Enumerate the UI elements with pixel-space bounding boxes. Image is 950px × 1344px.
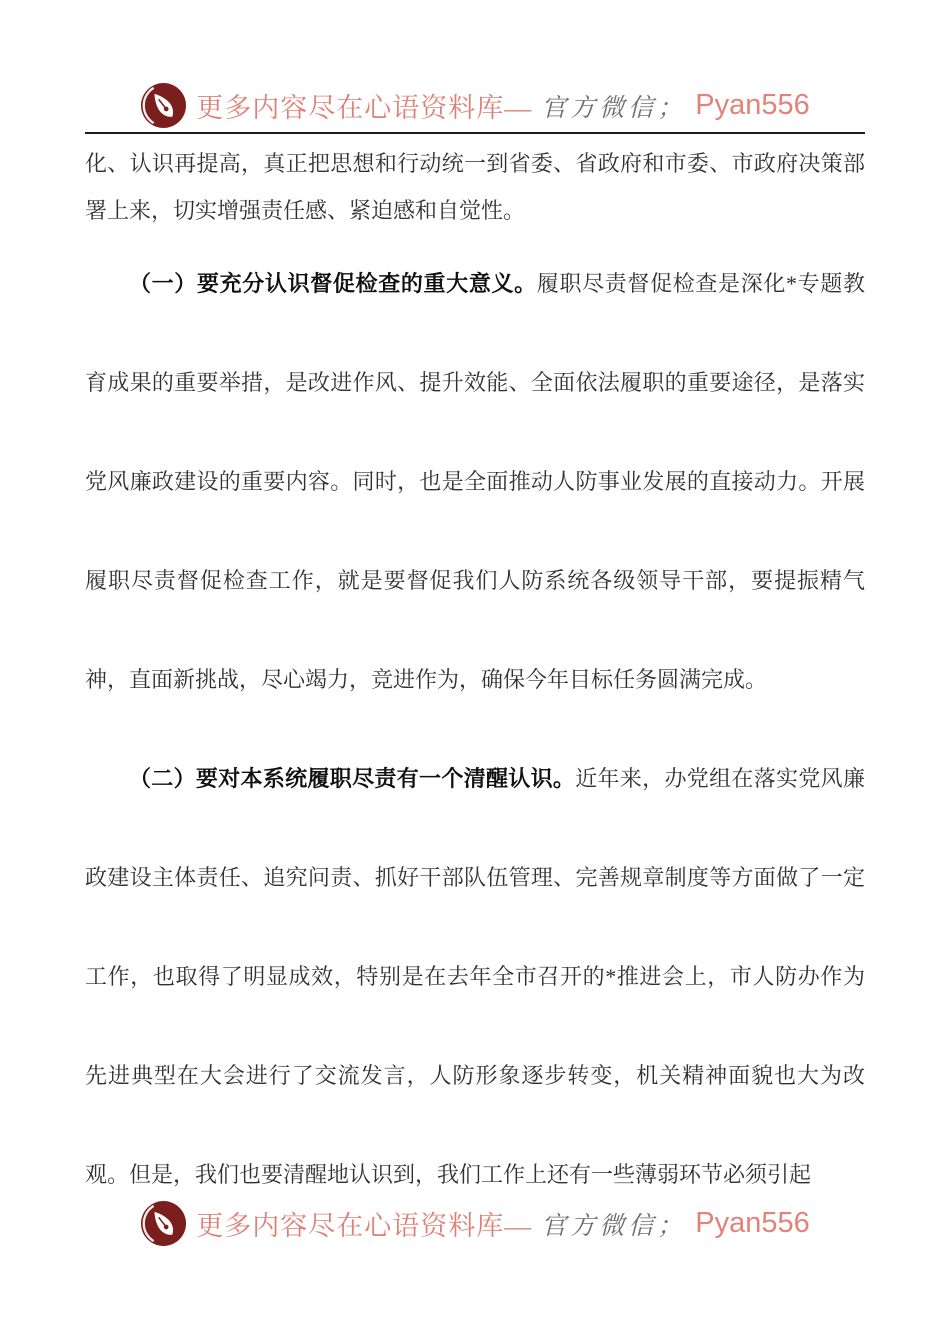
document-body: 化、认识再提高，真正把思想和行动统一到省委、省政府和市委、市政府决策部署上来，切… xyxy=(85,140,865,1224)
paragraph-text: 近年来，办党组在落实党风廉政建设主体责任、追究问责、抓好干部队伍管理、完善规章制… xyxy=(85,766,865,1187)
pen-nib-logo-icon xyxy=(140,1200,187,1247)
paragraph-section-2: （二）要对本系统履职尽责有一个清醒认识。近年来，办党组在落实党风廉政建设主体责任… xyxy=(85,729,865,1224)
paragraph-text: 履职尽责督促检查是深化*专题教育成果的重要举措，是改进作风、提升效能、全面依法履… xyxy=(85,271,865,692)
header-rule xyxy=(85,132,865,134)
document-page: 更多内容尽在心语资料库— 官方微信； Pyan556 化、认识再提高，真正把思想… xyxy=(0,0,950,1344)
footer-wechat-label: 官方微信； xyxy=(541,1206,686,1242)
paragraph-section-1: （一）要充分认识督促检查的重大意义。履职尽责督促检查是深化*专题教育成果的重要举… xyxy=(85,234,865,729)
header-wechat-id: Pyan556 xyxy=(695,89,810,122)
paragraph-text: 化、认识再提高，真正把思想和行动统一到省委、省政府和市委、市政府决策部署上来，切… xyxy=(85,151,865,223)
pen-nib-logo-icon xyxy=(140,82,187,129)
footer-wechat-id: Pyan556 xyxy=(695,1207,810,1240)
paragraph-heading: （一）要充分认识督促检查的重大意义。 xyxy=(129,271,537,296)
header-banner: 更多内容尽在心语资料库— 官方微信； Pyan556 xyxy=(0,0,950,129)
footer-banner-text: 更多内容尽在心语资料库— xyxy=(196,1204,532,1243)
header-banner-text: 更多内容尽在心语资料库— xyxy=(196,86,532,125)
paragraph-continuation: 化、认识再提高，真正把思想和行动统一到省委、省政府和市委、市政府决策部署上来，切… xyxy=(85,140,865,234)
footer-banner: 更多内容尽在心语资料库— 官方微信； Pyan556 xyxy=(0,1200,950,1247)
paragraph-heading: （二）要对本系统履职尽责有一个清醒认识。 xyxy=(129,766,575,791)
header-wechat-label: 官方微信； xyxy=(541,88,686,124)
